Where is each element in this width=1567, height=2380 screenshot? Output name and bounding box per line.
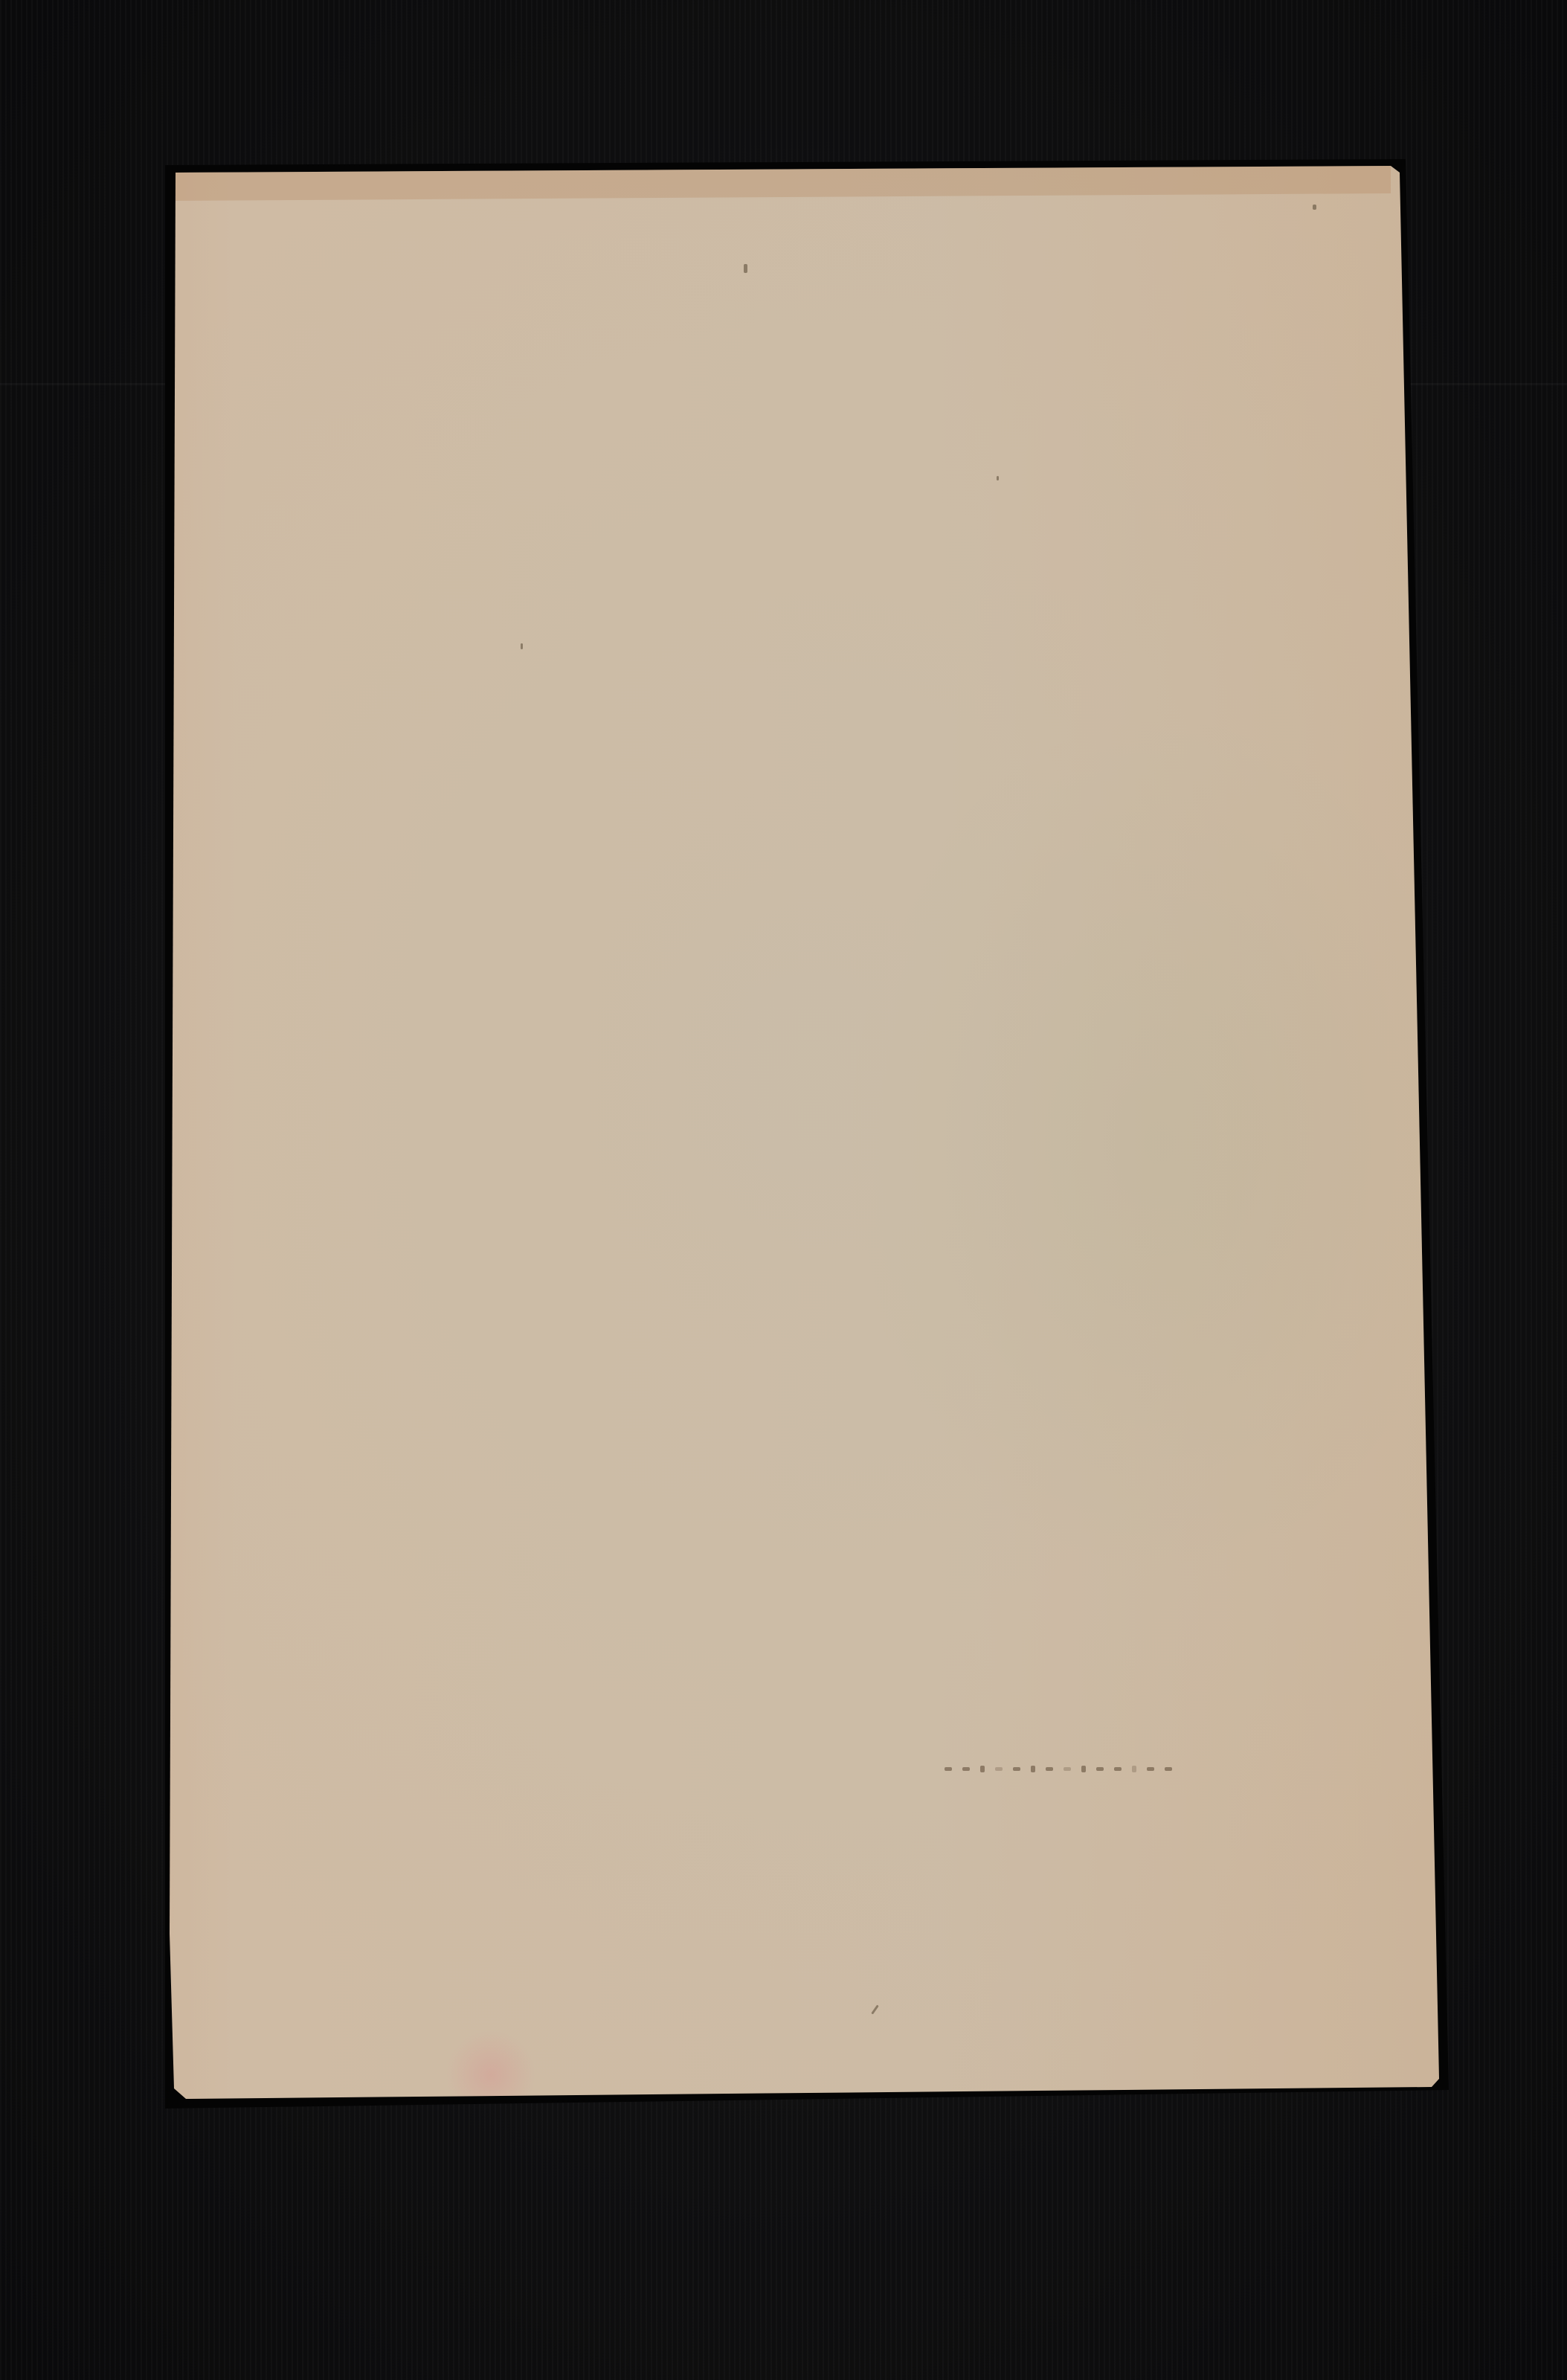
mark-fragment bbox=[1013, 1767, 1020, 1771]
mark-fragment bbox=[1096, 1767, 1104, 1771]
mark-fragment bbox=[1132, 1766, 1136, 1772]
paper-speck bbox=[1313, 205, 1316, 210]
mark-fragment bbox=[1147, 1767, 1154, 1771]
mark-fragment bbox=[995, 1767, 1003, 1771]
blank-paper-page bbox=[0, 0, 1567, 2380]
paper-speck bbox=[521, 643, 523, 649]
mark-fragment bbox=[945, 1767, 952, 1771]
mark-fragment bbox=[1081, 1766, 1086, 1772]
mark-fragment bbox=[980, 1766, 985, 1772]
mark-fragment bbox=[1165, 1767, 1172, 1771]
paper-speck bbox=[744, 264, 747, 273]
paper-speck bbox=[997, 476, 999, 480]
mark-fragment bbox=[1031, 1766, 1035, 1772]
mark-fragment bbox=[1064, 1767, 1071, 1771]
mark-fragment bbox=[1114, 1767, 1122, 1771]
mark-fragment bbox=[962, 1767, 970, 1771]
illegible-ink-mark bbox=[945, 1754, 1264, 1784]
mark-fragment bbox=[1046, 1767, 1053, 1771]
